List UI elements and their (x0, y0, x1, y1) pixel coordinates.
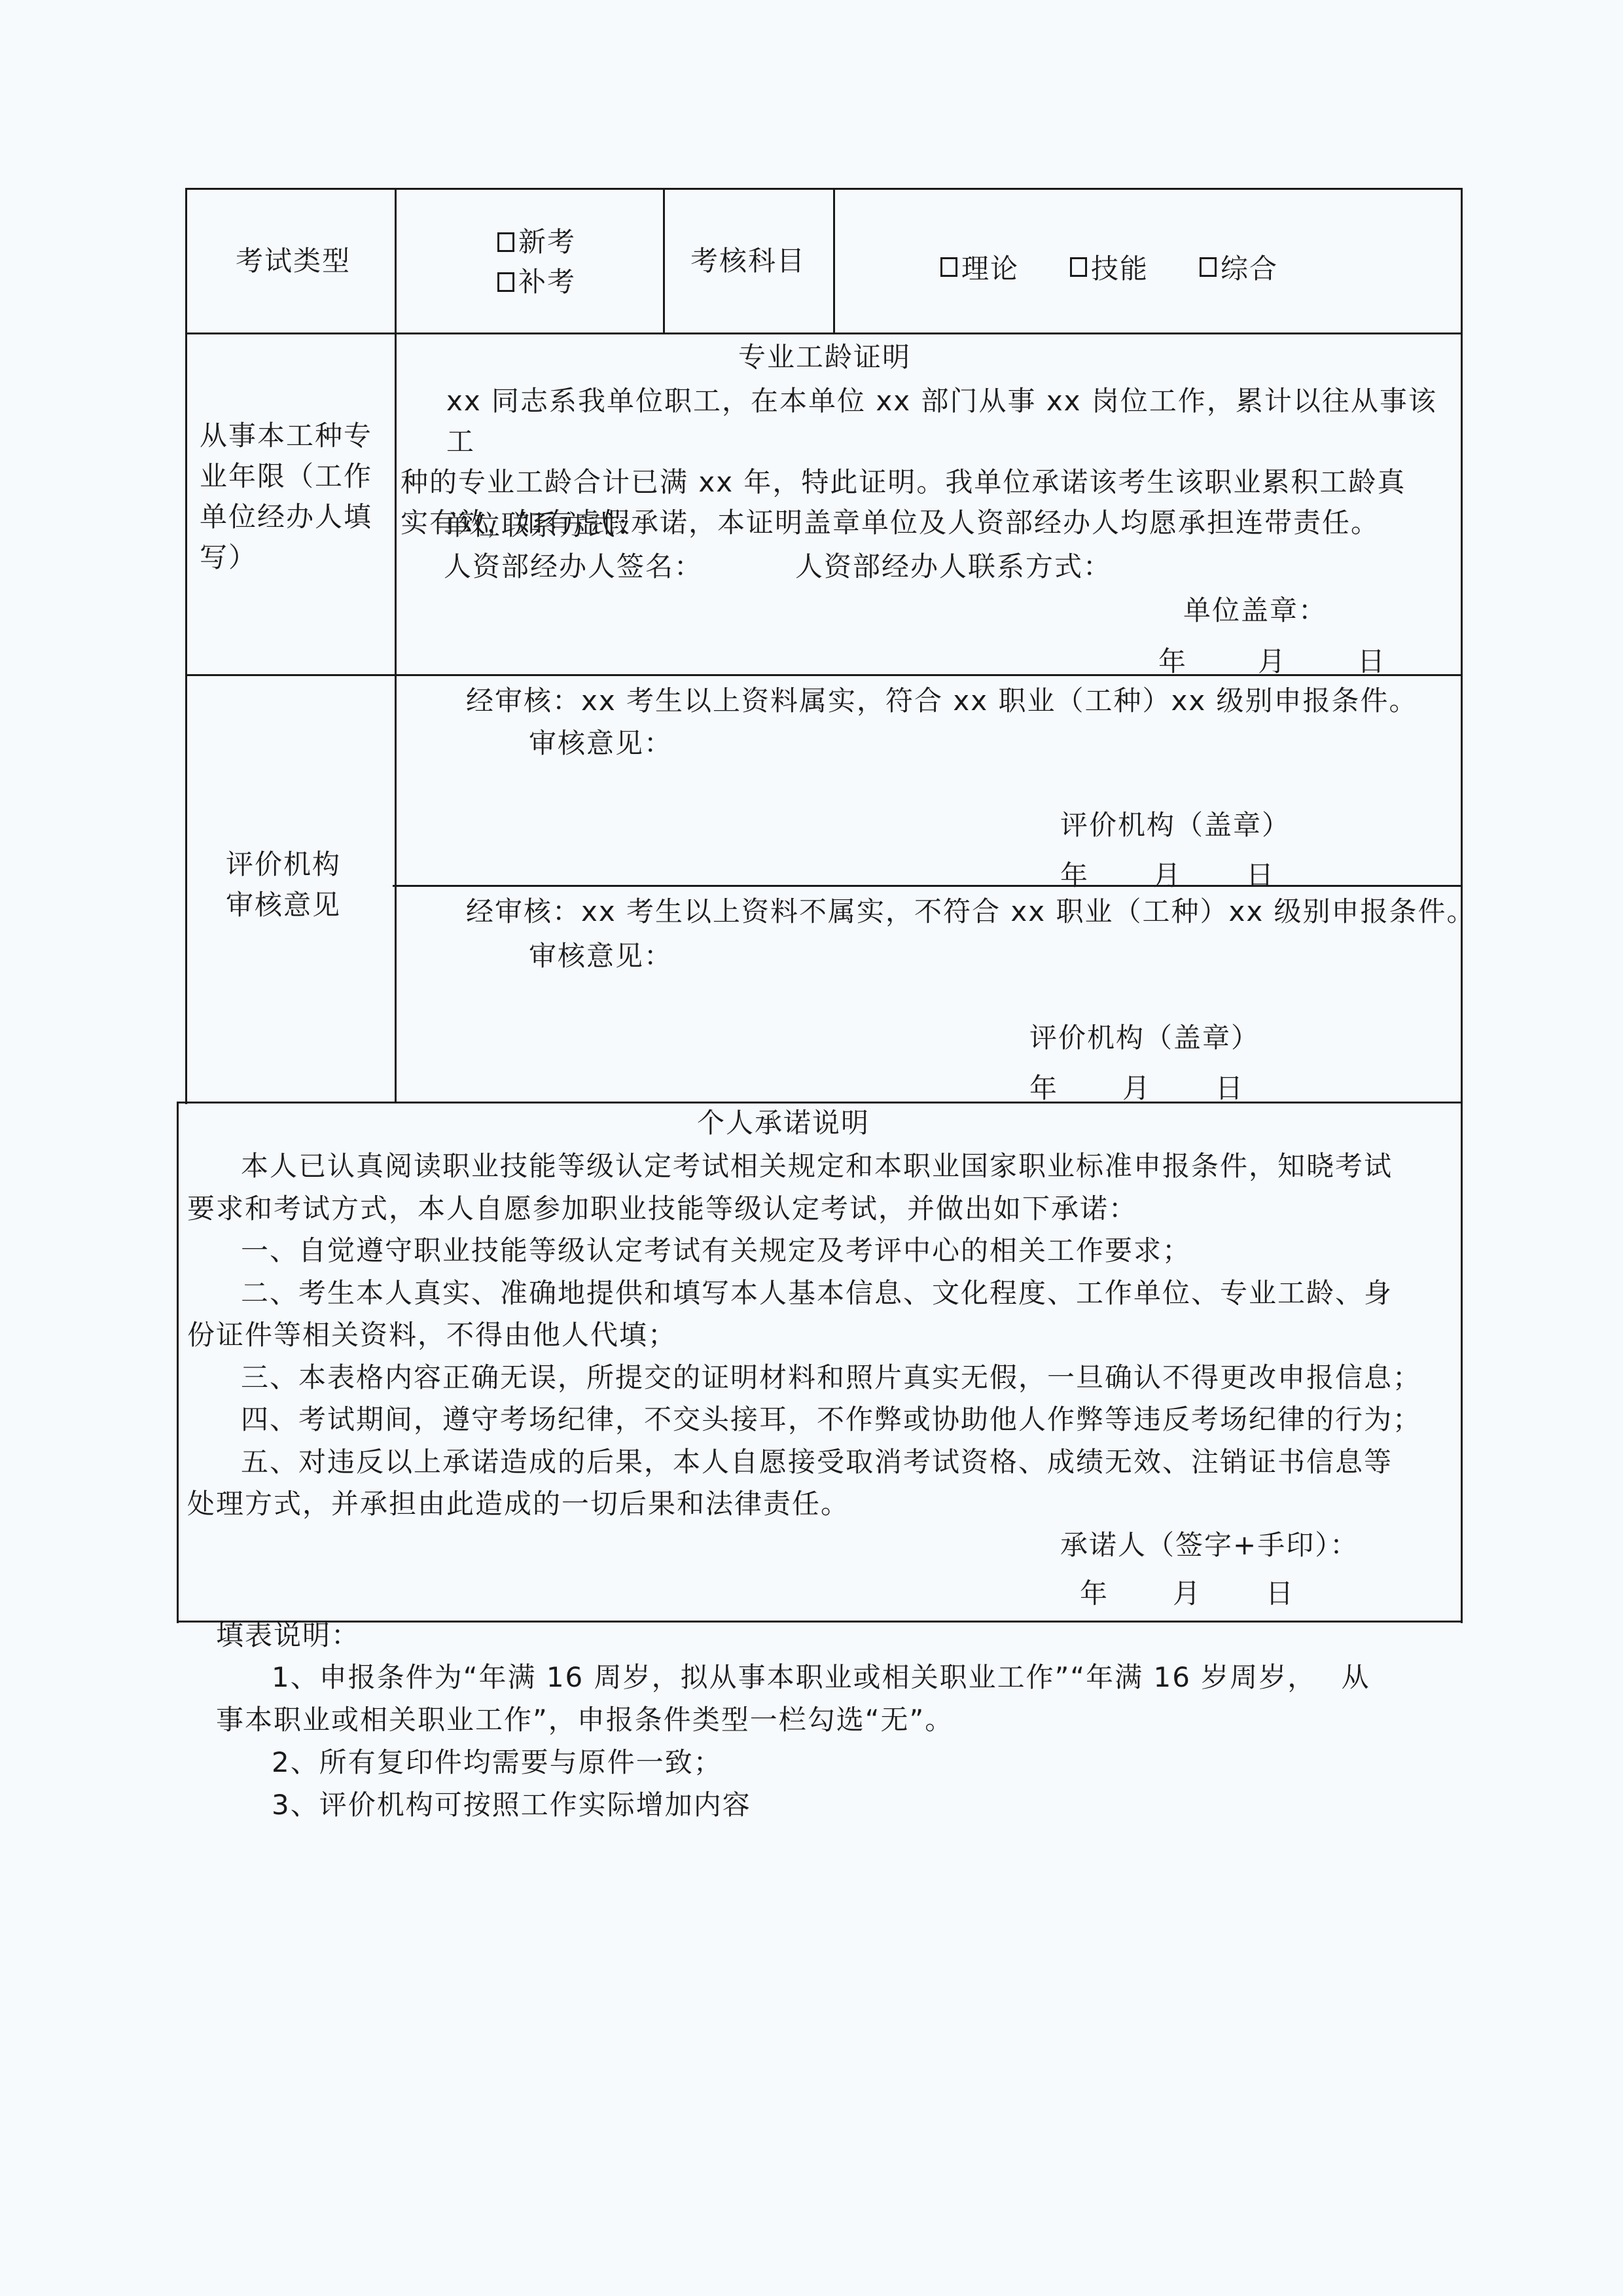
seniority-label: 从事本工种专 业年限（工作 单位经办人填 写） (200, 416, 372, 578)
reject-statement: 经审核：xx 考生以上资料不属实，不符合 xx 职业（工种）xx 级别申报条件。 (466, 898, 1476, 925)
promise-line: 份证件等相关资料，不得由他人代填； (182, 1314, 1458, 1357)
option-skill[interactable]: 技能 (1070, 247, 1149, 287)
date-year: 年 (1080, 1572, 1107, 1611)
date-year: 年 (1158, 640, 1186, 679)
date-day: 日 (1266, 1572, 1293, 1611)
label-line: 业年限（工作 (200, 456, 372, 497)
body-line: 种的专业工龄合计已满 xx 年，特此证明。我单位承诺该考生该职业累积工龄真 (401, 462, 1457, 503)
note-line: 事本职业或相关职业工作”，申报条件类型一栏勾选“无”。 (216, 1698, 1459, 1741)
table-border-left (185, 188, 187, 1104)
approve-date: 年 月 日 (1060, 854, 1274, 893)
promise-line: 三、本表格内容正确无误，所提交的证明材料和照片真实无假，一旦确认不得更改申报信息… (182, 1357, 1458, 1399)
col-divider-subject (833, 188, 835, 334)
option-label: 综合 (1221, 247, 1278, 287)
date-day: 日 (1215, 1067, 1243, 1106)
review-mid-divider (393, 885, 1463, 887)
option-retake-exam[interactable]: 补考 (497, 262, 576, 302)
promise-title: 个人承诺说明 (697, 1109, 870, 1137)
date-year: 年 (1029, 1067, 1057, 1106)
unit-seal-field[interactable]: 单位盖章： (1183, 597, 1327, 624)
option-label: 理论 (961, 247, 1019, 287)
col-divider-type (663, 188, 665, 334)
label-line: 从事本工种专 (200, 416, 372, 456)
checkbox-icon[interactable] (940, 257, 957, 277)
approve-opinion-field[interactable]: 审核意见： (529, 730, 673, 757)
option-new-exam[interactable]: 新考 (497, 223, 576, 262)
table-border-left-lower (177, 1103, 179, 1623)
checkbox-icon[interactable] (1200, 257, 1217, 277)
date-year: 年 (1060, 854, 1088, 893)
reject-date: 年 月 日 (1029, 1067, 1243, 1106)
review-label: 评价机构 审核意见 (226, 844, 341, 925)
body-line: xx 同志系我单位职工，在本单位 xx 部门从事 xx 岗位工作，累计以往从事该… (401, 381, 1457, 462)
hr-contact-field[interactable]: 人资部经办人联系方式： (795, 553, 1112, 581)
table-border-top (185, 188, 1463, 190)
note-line: 3、评价机构可按照工作实际增加内容 (216, 1784, 1459, 1826)
promise-signer-field[interactable]: 承诺人（签字+手印）： (1060, 1532, 1359, 1559)
option-label: 技能 (1091, 247, 1149, 287)
label-line: 写） (200, 537, 372, 578)
subject-options: 理论 技能 综合 (940, 247, 1278, 287)
notes-title: 填表说明： (216, 1622, 360, 1649)
option-label: 新考 (518, 223, 576, 262)
row-divider-3 (177, 1102, 1463, 1103)
approve-statement: 经审核：xx 考生以上资料属实，符合 xx 职业（工种）xx 级别申报条件。 (466, 687, 1418, 715)
label-line: 审核意见 (226, 885, 341, 925)
date-day: 日 (1246, 854, 1274, 893)
note-line: 2、所有复印件均需要与原件一致； (216, 1741, 1459, 1784)
promise-line: 一、自觉遵守职业技能等级认定考试有关规定及考评中心的相关工作要求； (182, 1230, 1458, 1272)
seniority-date: 年 月 日 (1158, 640, 1385, 679)
table-border-bottom (177, 1621, 1463, 1623)
seniority-certificate-title: 专业工龄证明 (738, 344, 911, 371)
subject-label: 考核科目 (690, 247, 806, 275)
col-divider-label (395, 188, 397, 1103)
promise-line: 处理方式，并承担由此造成的一切后果和法律责任。 (182, 1483, 1458, 1526)
hr-signature-field[interactable]: 人资部经办人签名： (444, 553, 703, 581)
promise-line: 二、考生本人真实、准确地提供和填写本人基本信息、文化程度、工作单位、专业工龄、身 (182, 1272, 1458, 1315)
promise-date: 年 月 日 (1080, 1572, 1293, 1611)
date-month: 月 (1122, 1067, 1150, 1106)
exam-type-options: 新考 补考 (497, 223, 576, 302)
row-divider-1 (185, 332, 1463, 334)
date-month: 月 (1153, 854, 1181, 893)
date-month: 月 (1173, 1572, 1200, 1611)
date-day: 日 (1357, 640, 1385, 679)
reject-seal: 评价机构（盖章） (1029, 1024, 1260, 1052)
checkbox-icon[interactable] (497, 232, 514, 252)
note-line: 1、申报条件为“年满 16 周岁，拟从事本职业或相关职业工作”“年满 16 岁周… (216, 1656, 1459, 1698)
label-line: 单位经办人填 (200, 497, 372, 537)
promise-line: 五、对违反以上承诺造成的后果，本人自愿接受取消考试资格、成绩无效、注销证书信息等 (182, 1441, 1458, 1484)
promise-line: 本人已认真阅读职业技能等级认定考试相关规定和本职业国家职业标准申报条件，知晓考试 (182, 1145, 1458, 1188)
option-theory[interactable]: 理论 (940, 247, 1019, 287)
checkbox-icon[interactable] (497, 272, 514, 292)
date-month: 月 (1258, 640, 1285, 679)
approve-seal: 评价机构（盖章） (1060, 812, 1291, 839)
option-comprehensive[interactable]: 综合 (1200, 247, 1278, 287)
unit-contact-field[interactable]: 单位联系方式： (444, 512, 645, 539)
checkbox-icon[interactable] (1070, 257, 1087, 277)
promise-line: 四、考试期间，遵守考场纪律，不交头接耳，不作弊或协助他人作弊等违反考场纪律的行为… (182, 1399, 1458, 1441)
notes-body: 1、申报条件为“年满 16 周岁，拟从事本职业或相关职业工作”“年满 16 岁周… (216, 1656, 1459, 1826)
promise-body: 本人已认真阅读职业技能等级认定考试相关规定和本职业国家职业标准申报条件，知晓考试… (182, 1145, 1458, 1526)
option-label: 补考 (518, 262, 576, 302)
exam-type-label: 考试类型 (236, 247, 351, 275)
reject-opinion-field[interactable]: 审核意见： (529, 942, 673, 970)
promise-line: 要求和考试方式，本人自愿参加职业技能等级认定考试，并做出如下承诺： (182, 1188, 1458, 1230)
label-line: 评价机构 (226, 844, 341, 885)
